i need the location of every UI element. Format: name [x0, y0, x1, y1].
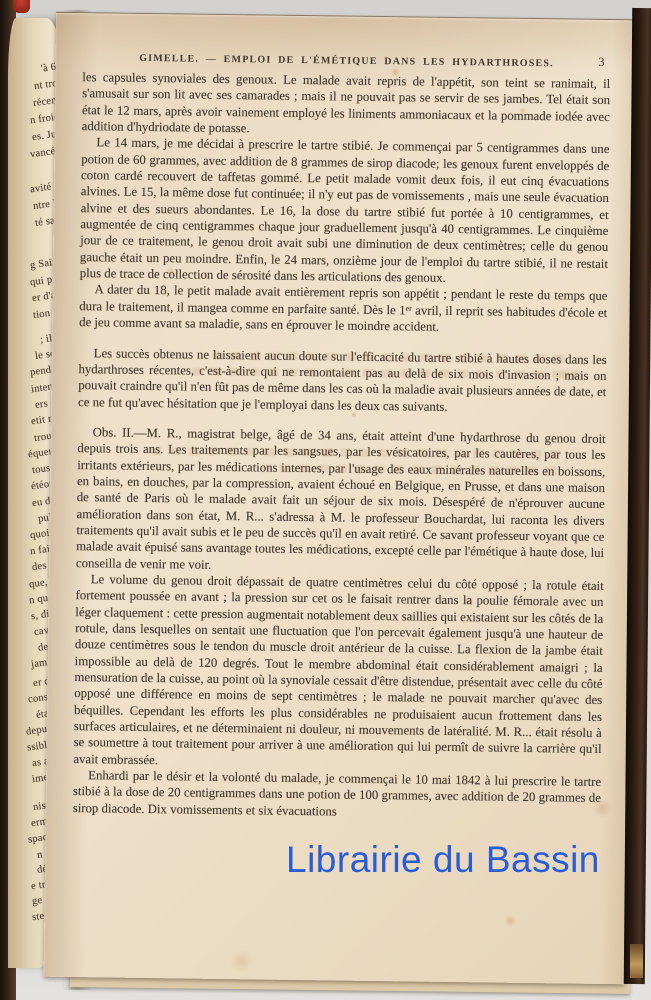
running-title: GIMELLE. — EMPLOI DE L'ÉMÉTIQUE DANS LES… — [139, 53, 554, 69]
ink-show-through — [150, 446, 580, 484]
bookseller-watermark: Librairie du Bassin — [286, 839, 600, 881]
paragraph: les capsules synoviales des genoux. Le m… — [82, 69, 611, 141]
running-header: GIMELLE. — EMPLOI DE L'ÉMÉTIQUE DANS LES… — [82, 47, 610, 72]
page-number: 3 — [598, 55, 604, 70]
paragraph: A dater du 18, le petit malade avait ent… — [79, 282, 608, 338]
paragraph: Enhardi par le désir et la volonté du ma… — [73, 767, 602, 823]
book-photo: 'à 63.nt troisrécenten froidees. Jus-van… — [0, 0, 651, 1000]
red-page-marker — [13, 0, 30, 13]
paragraph: Le volume du genou droit dépassait de qu… — [73, 571, 604, 774]
paragraph: Le 14 mars, je me décidai à prescrire le… — [80, 134, 610, 288]
ink-show-through — [191, 351, 581, 388]
cover-corner-patch — [630, 944, 643, 978]
